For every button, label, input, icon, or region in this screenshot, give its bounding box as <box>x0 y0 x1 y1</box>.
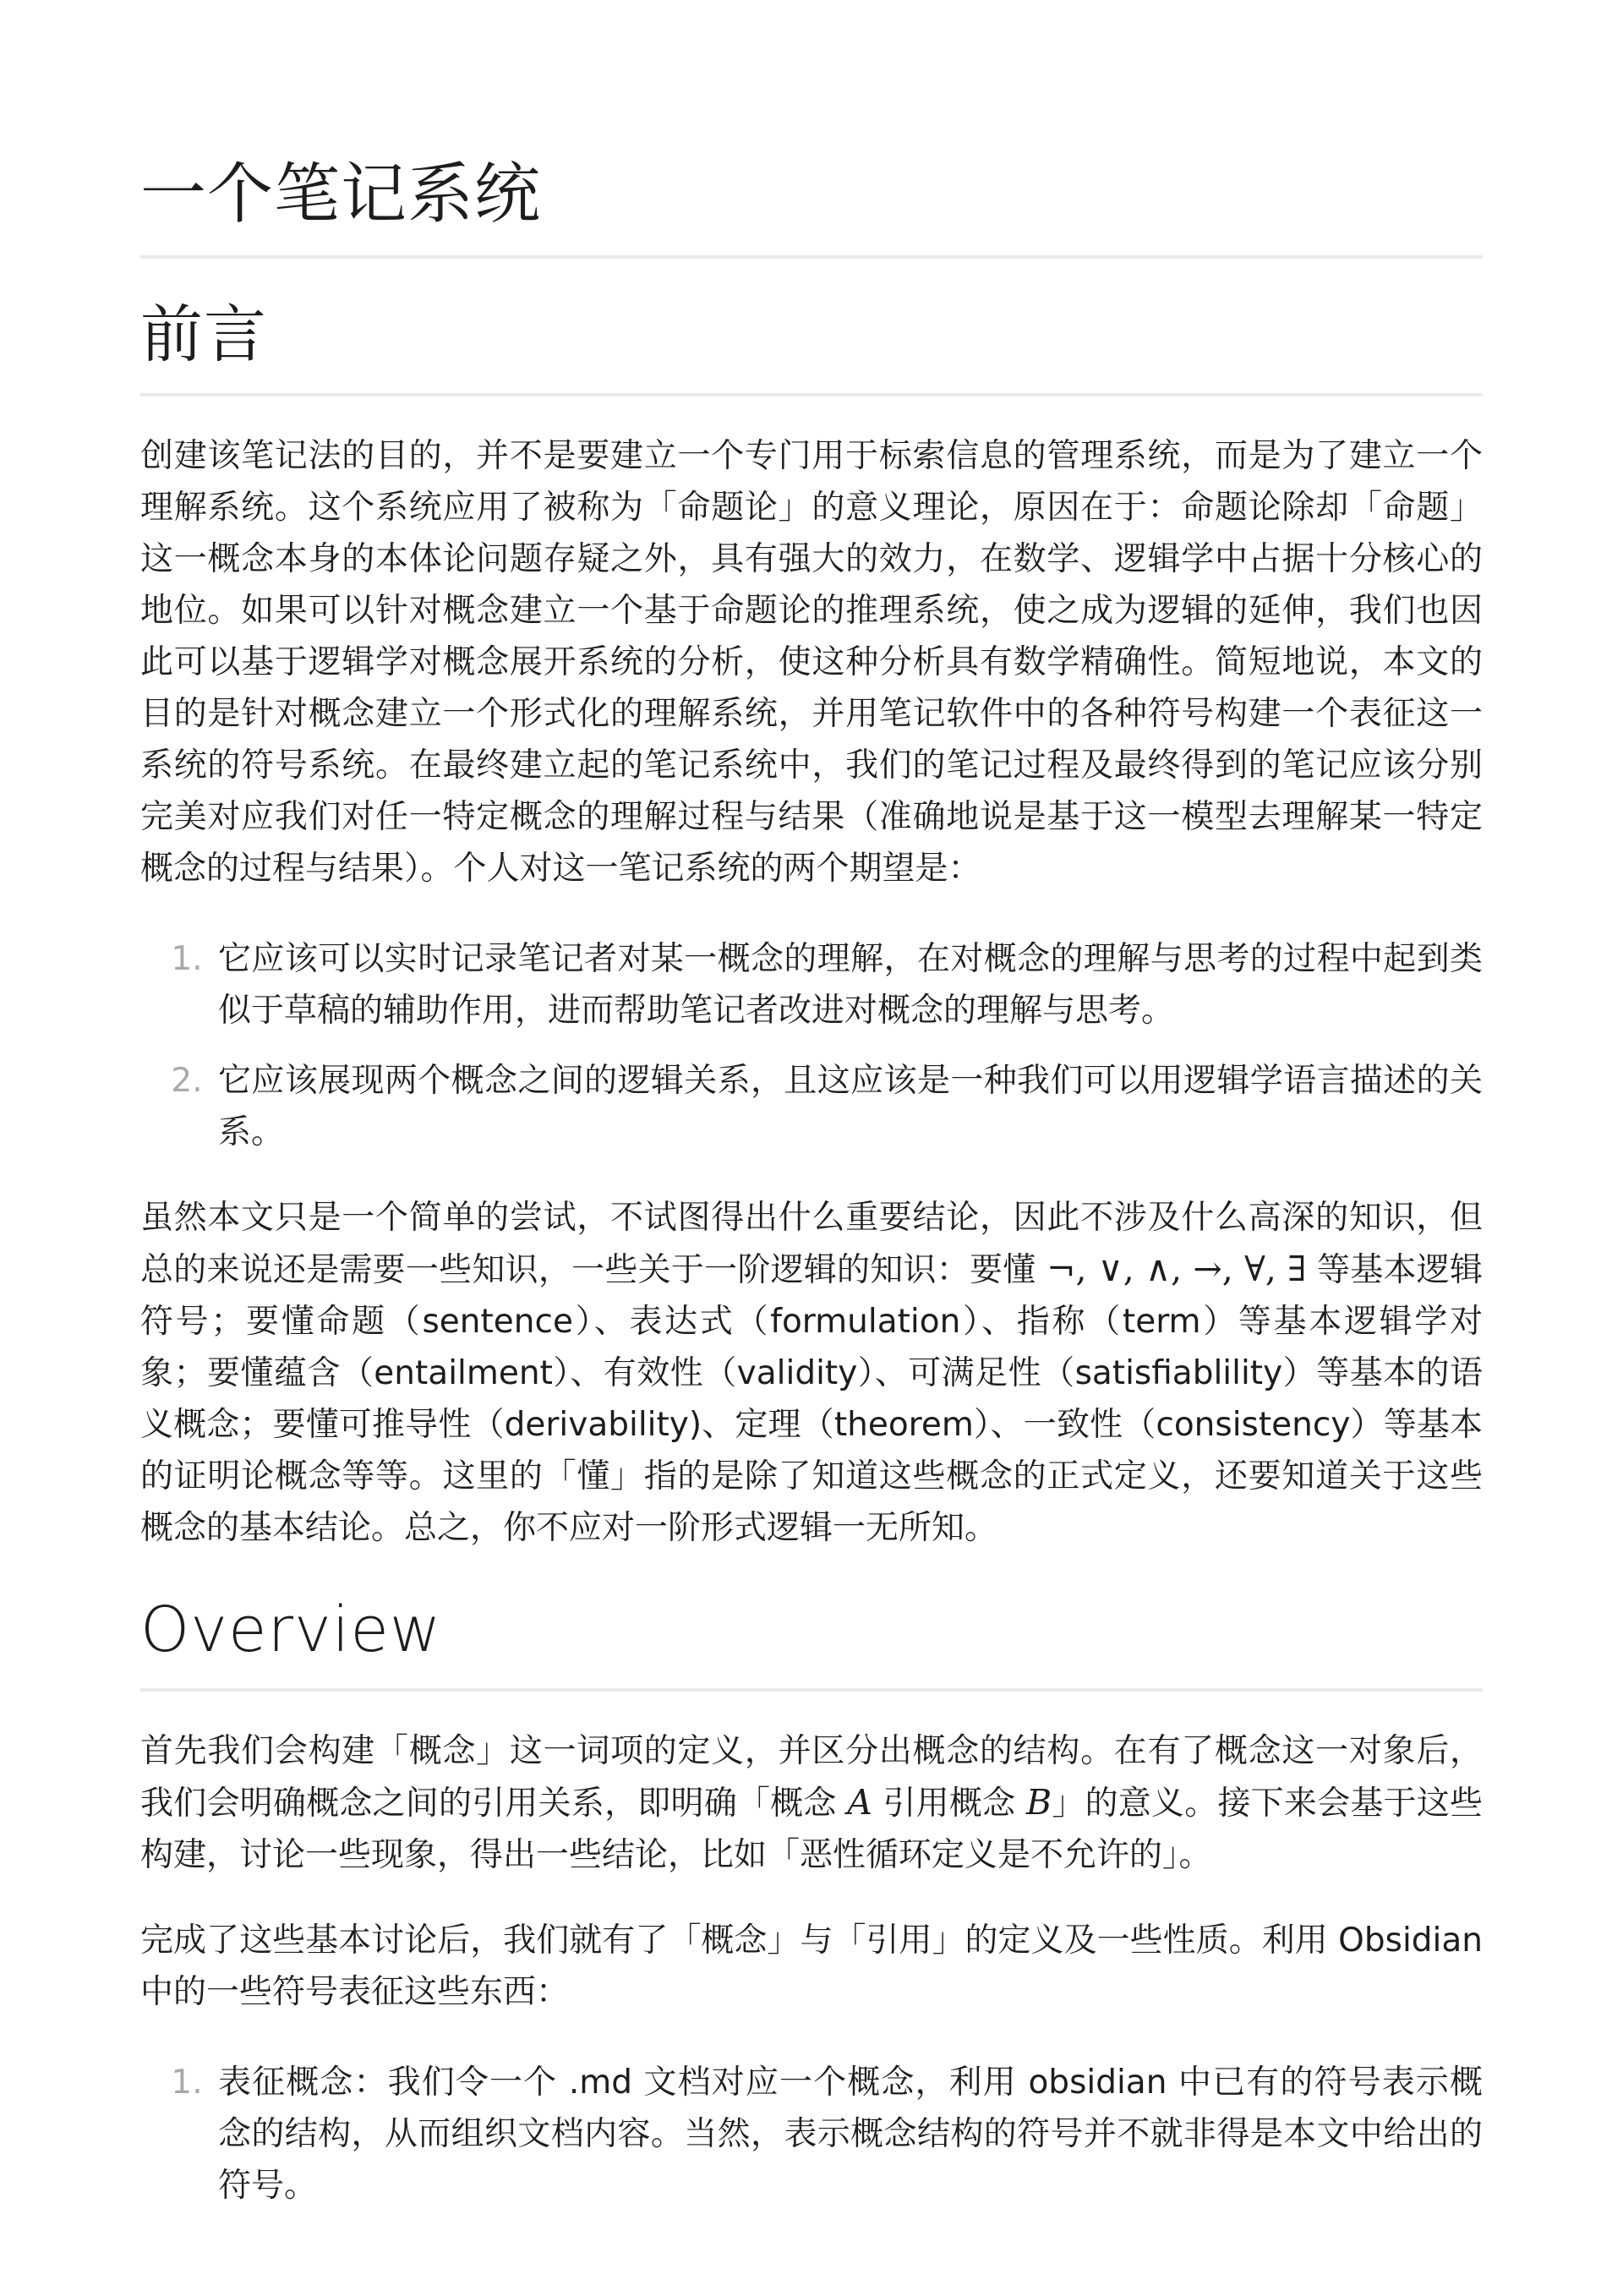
text-run-after-math: 等基本逻辑符号；要懂命题（sentence）、表达式（formulation）、… <box>140 1251 1483 1547</box>
inline-math-var-a: A <box>847 1782 872 1823</box>
inline-math-logic-symbols: ¬, ∨, ∧, →, ∀, ∃ <box>1046 1249 1306 1289</box>
text-run-between-vars: 引用概念 <box>872 1785 1026 1823</box>
preface-paragraph-2: 虽然本文只是一个简单的尝试，不试图得出什么重要结论，因此不涉及什么高深的知识，但… <box>140 1192 1483 1554</box>
title-rule <box>140 255 1483 259</box>
overview-paragraph-1: 首先我们会构建「概念」这一词项的定义，并区分出概念的结构。在有了概念这一对象后，… <box>140 1725 1483 1881</box>
overview-paragraph-2: 完成了这些基本讨论后，我们就有了「概念」与「引用」的定义及一些性质。利用 Obs… <box>140 1915 1483 2018</box>
list-item-expectation-2: 它应该展现两个概念之间的逻辑关系，且这应该是一种我们可以用逻辑学语言描述的关系。 <box>213 1055 1483 1158</box>
preface-paragraph-1: 创建该笔记法的目的，并不是要建立一个专门用于标索信息的管理系统，而是为了建立一个… <box>140 430 1483 894</box>
representation-list: 表征概念：我们令一个 .md 文档对应一个概念，利用 obsidian 中已有的… <box>140 2057 1483 2211</box>
inline-math-var-b: B <box>1026 1782 1052 1823</box>
document-title: 一个笔记系统 <box>140 157 1483 233</box>
overview-rule <box>140 1688 1483 1692</box>
overview-heading: Overview <box>140 1594 1483 1666</box>
preface-rule <box>140 393 1483 396</box>
list-item-expectation-1: 它应该可以实时记录笔记者对某一概念的理解，在对概念的理解与思考的过程中起到类似于… <box>213 933 1483 1036</box>
preface-heading: 前言 <box>140 299 1483 371</box>
document-page: 一个笔记系统 前言 创建该笔记法的目的，并不是要建立一个专门用于标索信息的管理系… <box>140 0 1483 2211</box>
expectations-list: 它应该可以实时记录笔记者对某一概念的理解，在对概念的理解与思考的过程中起到类似于… <box>140 933 1483 1158</box>
list-item-represent-concept: 表征概念：我们令一个 .md 文档对应一个概念，利用 obsidian 中已有的… <box>213 2057 1483 2211</box>
